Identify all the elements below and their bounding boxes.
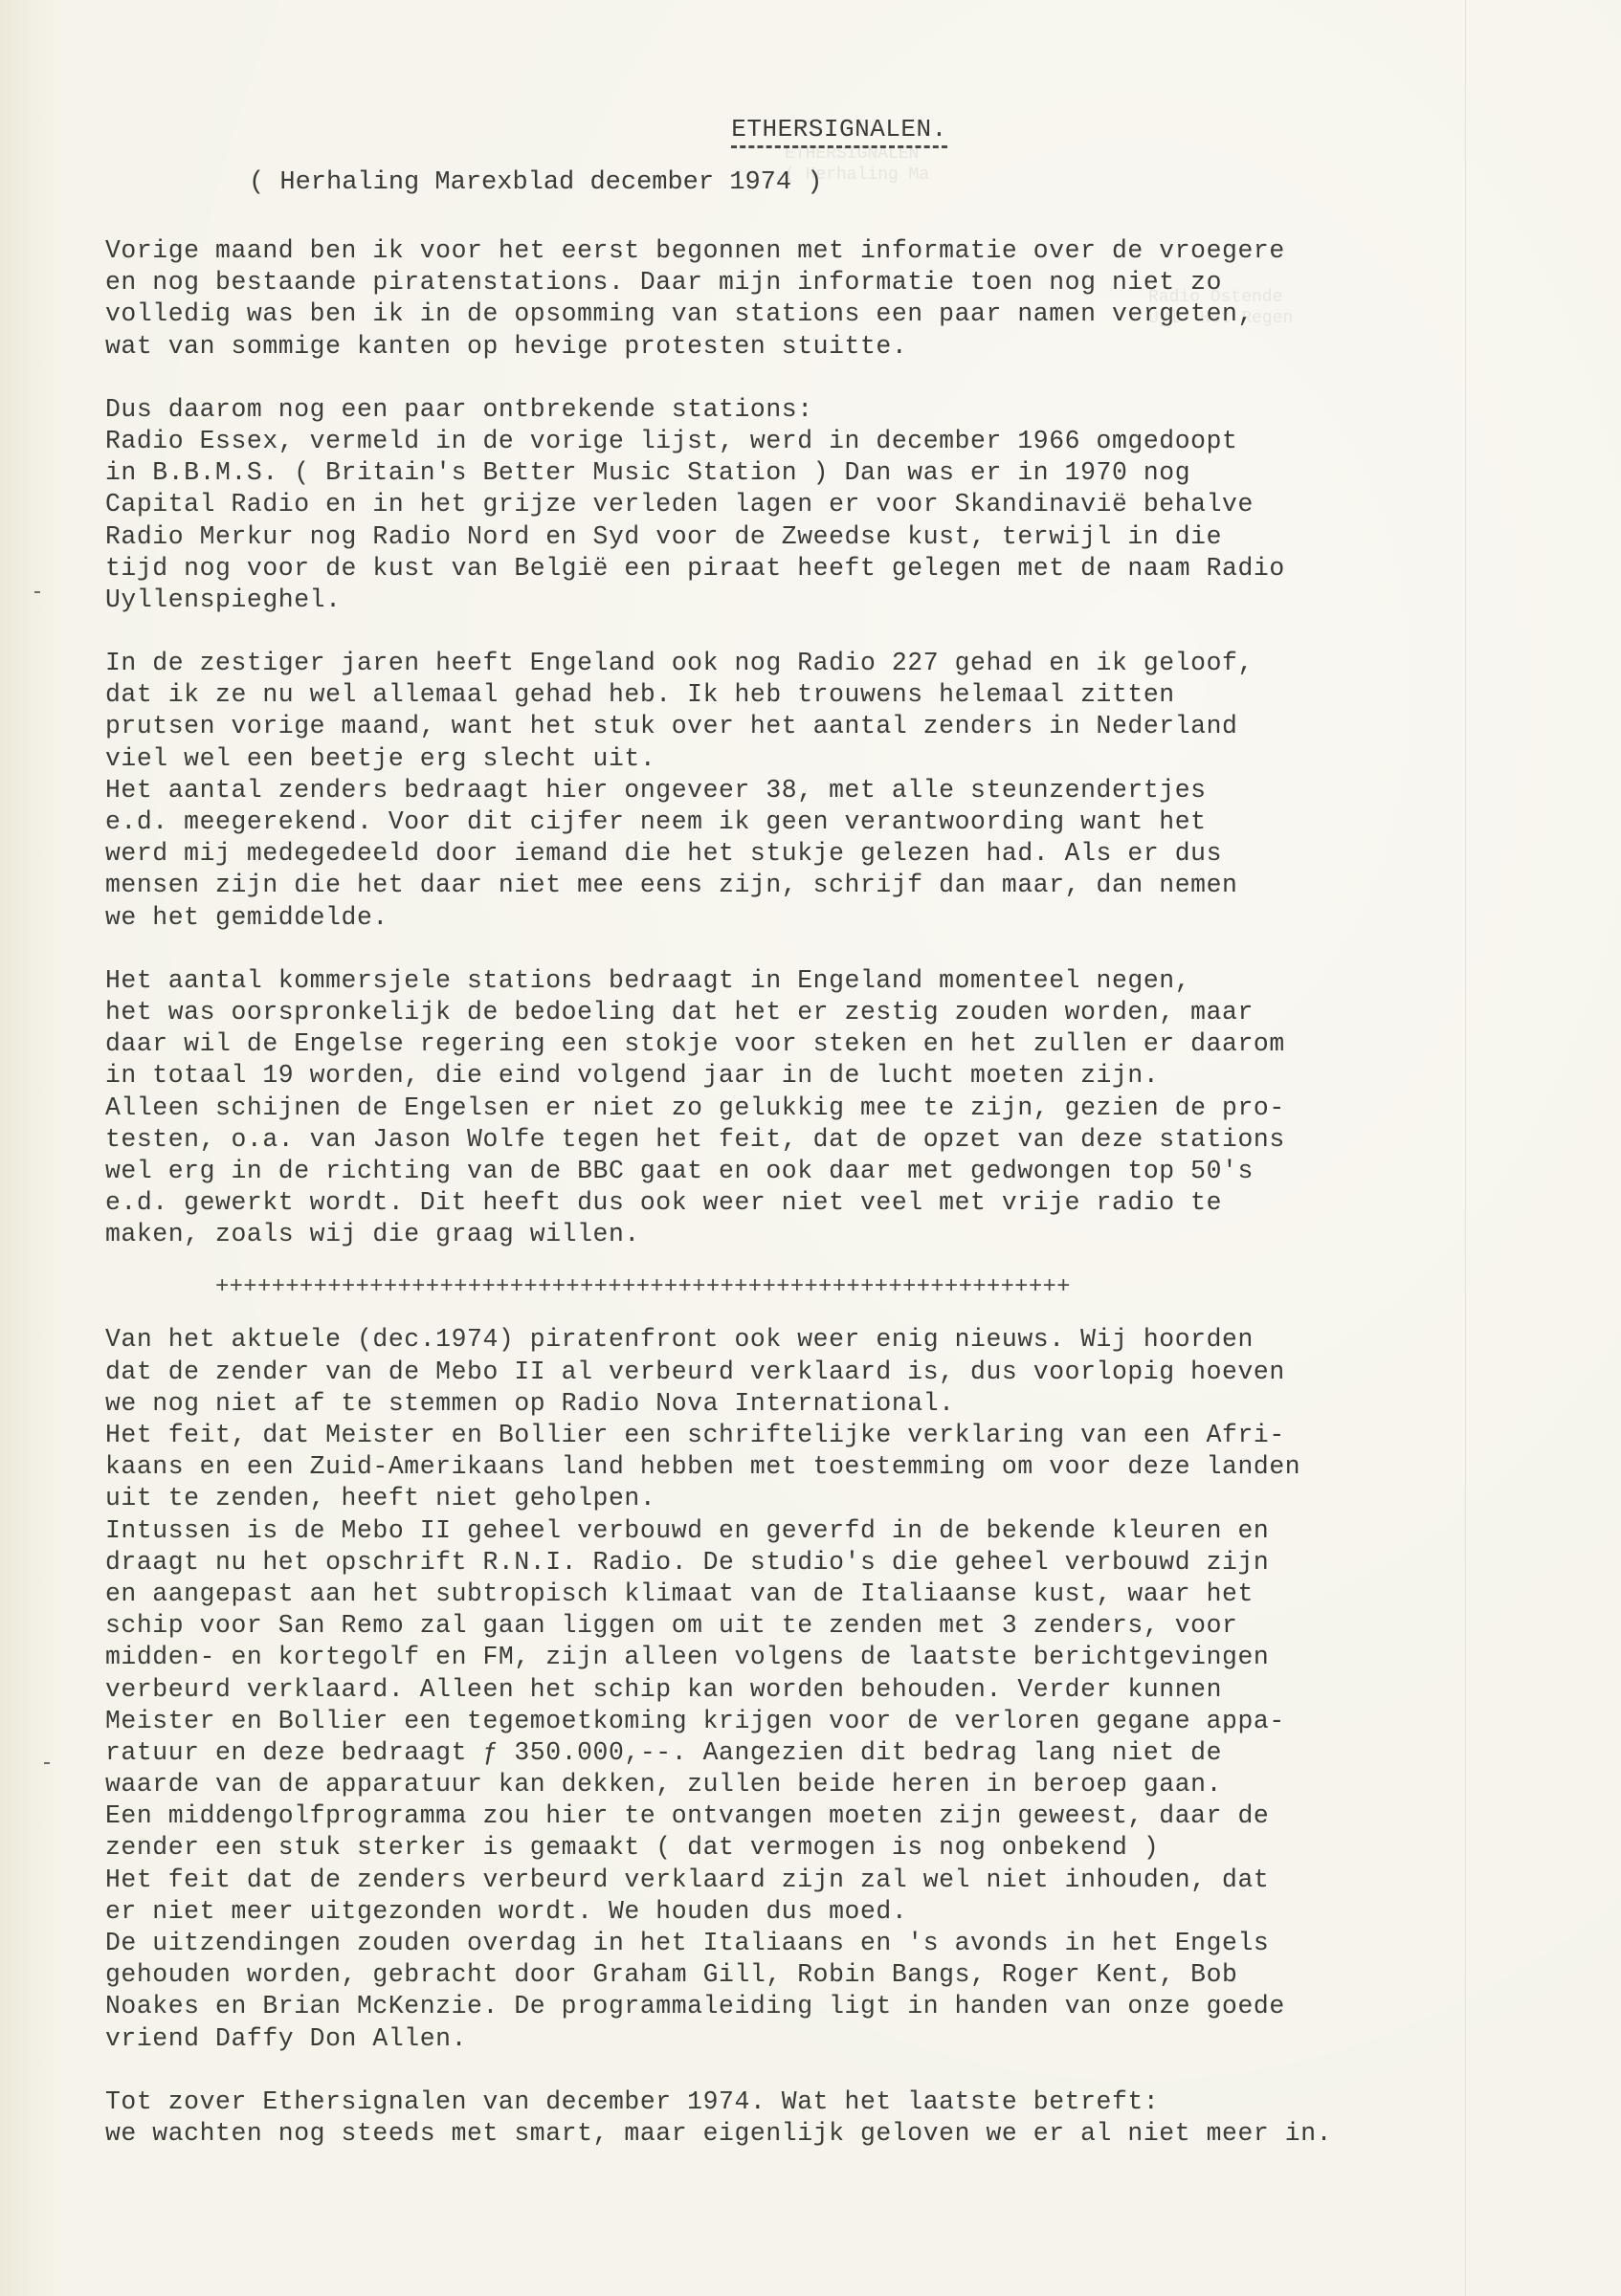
- plus-separator-line: ++++++++++++++++++++++++++++++++++++++++…: [215, 1271, 1483, 1303]
- text-line: Capital Radio en in het grijze verleden …: [105, 489, 1483, 520]
- text-line: Uyllenspieghel.: [105, 585, 1483, 616]
- text-line: gehouden worden, gebracht door Graham Gi…: [105, 1959, 1483, 1991]
- text-line: Van het aktuele (dec.1974) piratenfront …: [105, 1324, 1483, 1356]
- text-line: in B.B.M.S. ( Britain's Better Music Sta…: [105, 457, 1483, 489]
- paragraph-commercial-stations: Het aantal kommersjele stations bedraagt…: [105, 965, 1483, 1251]
- text-line: volledig was ben ik in de opsomming van …: [105, 298, 1483, 330]
- text-line: verbeurd verklaard. Alleen het schip kan…: [105, 1674, 1483, 1706]
- text-line: we het gemiddelde.: [105, 902, 1483, 934]
- text-line: het was oorspronkelijk de bedoeling dat …: [105, 997, 1483, 1028]
- margin-mark: [44, 1762, 50, 1764]
- text-line: ratuur en deze bedraagt ƒ 350.000,--. Aa…: [105, 1737, 1483, 1769]
- text-line: viel wel een beetje erg slecht uit.: [105, 743, 1483, 775]
- text-line: wel erg in de richting van de BBC gaat e…: [105, 1156, 1483, 1187]
- text-line: we nog niet af te stemmen op Radio Nova …: [105, 1388, 1483, 1420]
- text-line: Radio Merkur nog Radio Nord en Syd voor …: [105, 521, 1483, 553]
- text-line: schip voor San Remo zal gaan liggen om u…: [105, 1610, 1483, 1642]
- text-line: wat van sommige kanten op hevige protest…: [105, 331, 1483, 363]
- text-line: mensen zijn die het daar niet mee eens z…: [105, 870, 1483, 901]
- document-subtitle: ( Herhaling Marexblad december 1974 ): [249, 168, 823, 197]
- text-line: e.d. gewerkt wordt. Dit heeft dus ook we…: [105, 1187, 1483, 1219]
- text-line: Tot zover Ethersignalen van december 197…: [105, 2086, 1483, 2118]
- text-line: vriend Daffy Don Allen.: [105, 2023, 1483, 2055]
- text-line: uit te zenden, heeft niet geholpen.: [105, 1483, 1483, 1514]
- text-line: Noakes en Brian McKenzie. De programmale…: [105, 1991, 1483, 2022]
- text-line: Radio Essex, vermeld in de vorige lijst,…: [105, 426, 1483, 457]
- text-line: er niet meer uitgezonden wordt. We houde…: [105, 1896, 1483, 1928]
- text-line: en aangepast aan het subtropisch klimaat…: [105, 1578, 1483, 1610]
- paragraph-sixties-england: In de zestiger jaren heeft Engeland ook …: [105, 648, 1483, 934]
- text-line: maken, zoals wij die graag willen.: [105, 1219, 1483, 1250]
- text-line: daar wil de Engelse regering een stokje …: [105, 1028, 1483, 1060]
- text-line: werd mij medegedeeld door iemand die het…: [105, 838, 1483, 870]
- paragraph-previous-month: Vorige maand ben ik voor het eerst begon…: [105, 235, 1483, 363]
- margin-mark: [34, 591, 40, 593]
- text-line: dat de zender van de Mebo II al verbeurd…: [105, 1357, 1483, 1388]
- text-line: testen, o.a. van Jason Wolfe tegen het f…: [105, 1124, 1483, 1156]
- text-line: waarde van de apparatuur kan dekken, zul…: [105, 1769, 1483, 1800]
- scanned-page: ETHERSIGNALEN ( Herhaling Ma Radio Osten…: [0, 0, 1621, 2296]
- text-line: midden- en kortegolf en FM, zijn alleen …: [105, 1642, 1483, 1673]
- text-line: Vorige maand ben ik voor het eerst begon…: [105, 235, 1483, 267]
- document-body: Vorige maand ben ik voor het eerst begon…: [105, 235, 1483, 2181]
- text-line: en nog bestaande piratenstations. Daar m…: [105, 267, 1483, 298]
- text-line: zender een stuk sterker is gemaakt ( dat…: [105, 1832, 1483, 1864]
- paragraph-closing: Tot zover Ethersignalen van december 197…: [105, 2086, 1483, 2150]
- text-line: In de zestiger jaren heeft Engeland ook …: [105, 648, 1483, 679]
- text-line: we wachten nog steeds met smart, maar ei…: [105, 2118, 1483, 2150]
- text-line: Alleen schijnen de Engelsen er niet zo g…: [105, 1093, 1483, 1124]
- text-line: tijd nog voor de kust van België een pir…: [105, 553, 1483, 585]
- document-title: ETHERSIGNALEN.: [29, 115, 1621, 148]
- text-line: Intussen is de Mebo II geheel verbouwd e…: [105, 1515, 1483, 1547]
- text-line: kaans en een Zuid-Amerikaans land hebben…: [105, 1451, 1483, 1483]
- text-line: Meister en Bollier een tegemoetkoming kr…: [105, 1706, 1483, 1737]
- paragraph-pirate-front-news: Van het aktuele (dec.1974) piratenfront …: [105, 1324, 1483, 2054]
- text-line: Het aantal kommersjele stations bedraagt…: [105, 965, 1483, 997]
- text-line: Het feit, dat Meister en Bollier een sch…: [105, 1420, 1483, 1451]
- text-line: in totaal 19 worden, die eind volgend ja…: [105, 1060, 1483, 1092]
- text-line: Een middengolfprogramma zou hier te ontv…: [105, 1800, 1483, 1832]
- text-line: e.d. meegerekend. Voor dit cijfer neem i…: [105, 806, 1483, 838]
- title-text: ETHERSIGNALEN.: [731, 115, 946, 148]
- text-line: Het aantal zenders bedraagt hier ongevee…: [105, 775, 1483, 806]
- text-line: dat ik ze nu wel allemaal gehad heb. Ik …: [105, 679, 1483, 711]
- text-line: De uitzendingen zouden overdag in het It…: [105, 1928, 1483, 1959]
- text-line: prutsen vorige maand, want het stuk over…: [105, 711, 1483, 742]
- text-line: Het feit dat de zenders verbeurd verklaa…: [105, 1865, 1483, 1896]
- text-line: Dus daarom nog een paar ontbrekende stat…: [105, 394, 1483, 426]
- paragraph-missing-stations: Dus daarom nog een paar ontbrekende stat…: [105, 394, 1483, 616]
- text-line: draagt nu het opschrift R.N.I. Radio. De…: [105, 1547, 1483, 1578]
